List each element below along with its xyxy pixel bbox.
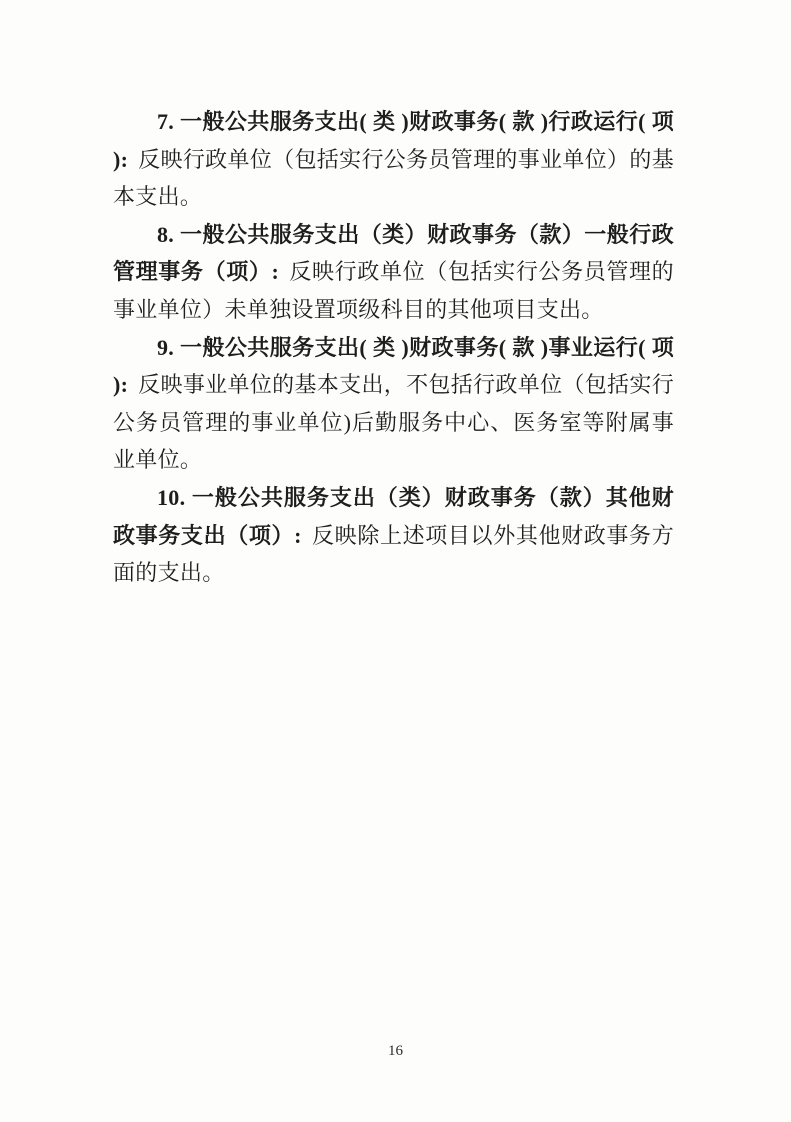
paragraph-item-10: 10. 一般公共服务支出（类）财政事务（款）其他财政事务支出（项）:反映除上述项… xyxy=(113,479,674,592)
document-page: 7. 一般公共服务支出( 类 )财政事务( 款 )行政运行( 项 ):反映行政单… xyxy=(0,0,791,1122)
paragraph-9-body: 反映事业单位的基本支出，不包括行政单位（包括实行公务员管理的事业单位)后勤服务中… xyxy=(113,372,674,472)
document-text-block: 7. 一般公共服务支出( 类 )财政事务( 款 )行政运行( 项 ):反映行政单… xyxy=(113,103,674,592)
paragraph-item-7: 7. 一般公共服务支出( 类 )财政事务( 款 )行政运行( 项 ):反映行政单… xyxy=(113,103,674,216)
page-number: 16 xyxy=(0,1042,791,1060)
paragraph-item-9: 9. 一般公共服务支出( 类 )财政事务( 款 )事业运行( 项 ):反映事业单… xyxy=(113,329,674,479)
paragraph-7-body: 反映行政单位（包括实行公务员管理的事业单位）的基本支出。 xyxy=(113,147,674,210)
paragraph-item-8: 8. 一般公共服务支出（类）财政事务（款）一般行政管理事务（项）:反映行政单位（… xyxy=(113,216,674,329)
